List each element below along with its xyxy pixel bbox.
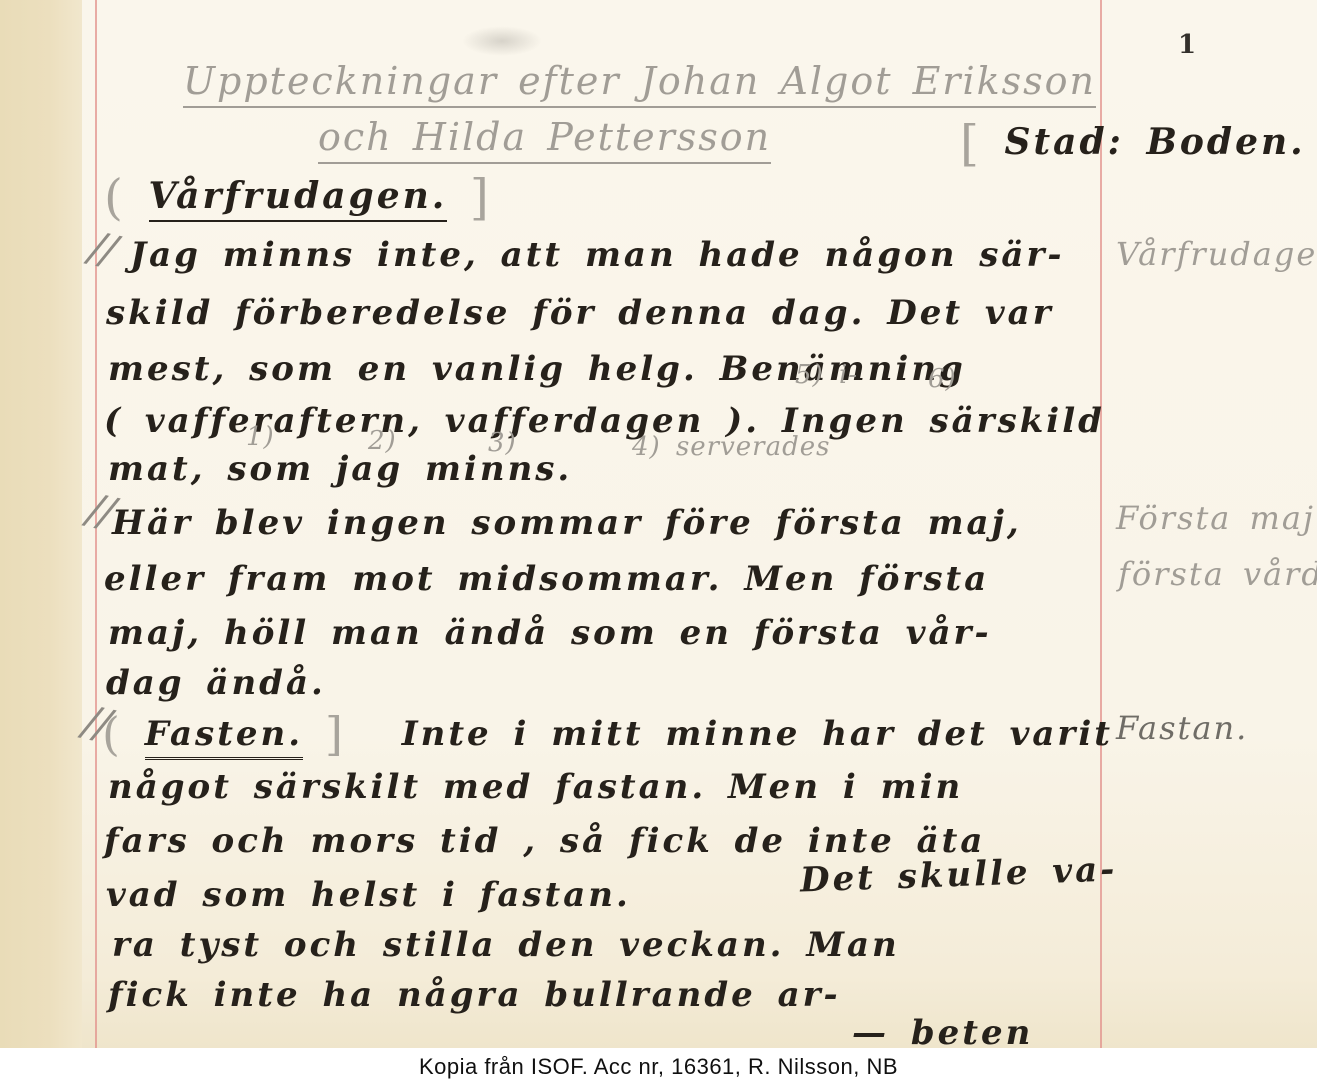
pencil-smudge <box>462 26 542 56</box>
margin-note-forsta-vardagen: första vårdagen <box>1118 558 1317 590</box>
body-line: fars och mors tid , så fick de inte äta <box>104 824 985 858</box>
pencil-note: 1) <box>246 424 275 450</box>
margin-note-fastan: Fastan. <box>1116 712 1248 744</box>
margin-note-varfrudagen: Vårfrudagen. <box>1116 238 1317 270</box>
body-line-with-heading: ( Fasten. ] Inte i mitt minne har det va… <box>102 712 1113 758</box>
heading-varfrudagen: ( Vårfrudagen. ] <box>104 174 492 223</box>
body-line: Inte i mitt minne har det varit <box>402 714 1113 754</box>
title-line-1: Uppteckningar efter Johan Algot Eriksson <box>183 62 1096 100</box>
body-line: Här blev ingen sommar före första maj, <box>112 506 1022 540</box>
pencil-note: 6) <box>928 366 957 392</box>
body-line: Det skulle va- <box>800 852 1118 897</box>
body-line: något särskilt med fastan. Men i min <box>108 770 963 804</box>
body-line: ra tyst och stilla den veckan. Man <box>112 928 900 962</box>
location-note-text: Stad: Boden. <box>1005 121 1306 163</box>
body-line: vad som helst i fastan. <box>106 878 631 912</box>
pencil-note: 3) <box>488 430 517 456</box>
margin-note-forsta-maj: Första maj – <box>1116 502 1317 534</box>
paper-left-edge <box>0 0 82 1048</box>
page-number: 1 <box>1178 30 1196 60</box>
body-line: fick inte ha några bullrande ar- <box>108 978 841 1012</box>
heading-fasten: Fasten. <box>145 714 303 760</box>
pencil-note: 5) i- <box>795 362 858 388</box>
title-line-2: och Hilda Pettersson <box>318 118 771 156</box>
body-line: Jag minns inte, att man hade någon sär- <box>130 238 1064 272</box>
body-line: maj, höll man ändå som en första vår- <box>108 616 992 650</box>
pencil-note: 4) serverades <box>632 434 831 460</box>
pencil-note: 2) <box>368 428 397 454</box>
body-line: skild förberedelse för denna dag. Det va… <box>106 296 1054 330</box>
archive-caption: Kopia från ISOF. Acc nr, 16361, R. Nilss… <box>0 1054 1317 1080</box>
scanned-manuscript-page: 1 Uppteckningar efter Johan Algot Erikss… <box>0 0 1317 1086</box>
body-line: — beten <box>852 1016 1033 1050</box>
body-line: dag ändå. <box>106 666 326 700</box>
body-line: eller fram mot midsommar. Men första <box>104 562 989 596</box>
location-note: [ Stad: Boden. ] <box>960 120 1317 169</box>
